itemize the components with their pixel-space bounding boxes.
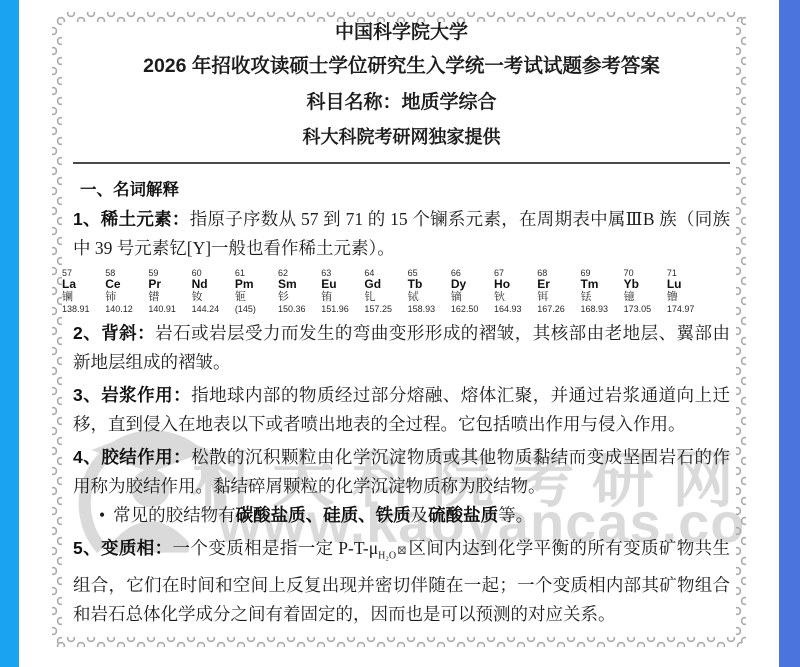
element-cell-Er: 68Er铒167.26 (537, 268, 580, 315)
element-mass: 173.05 (624, 304, 667, 315)
stamp-border-bottom (56, 637, 742, 647)
element-cn: 镱 (624, 291, 667, 304)
element-cn: 铈 (105, 291, 148, 304)
right-blue-bar (779, 0, 800, 667)
term-label-anticline: 2、背斜： (73, 323, 155, 343)
definition-anticline: 2、背斜：岩石或岩层受力而发生的弯曲变形形成的褶皱，其核部由老地层、翼部由新地层… (73, 319, 730, 377)
bullet-mid: 及 (411, 505, 429, 525)
element-cn: 镝 (451, 291, 494, 304)
element-mass: 140.91 (148, 304, 191, 315)
lanthanide-series-table: 57La镧138.9158Ce铈140.1259Pr镨140.9160Nd钕14… (62, 268, 710, 315)
university-title: 中国科学院大学 (73, 18, 730, 48)
section-title-terms: 一、名词解释 (73, 179, 730, 201)
element-cell-Sm: 62Sm钐150.36 (278, 268, 321, 315)
element-cell-La: 57La镧138.91 (62, 268, 105, 315)
element-sym: Yb (624, 278, 667, 291)
element-cn: 镨 (148, 291, 191, 304)
element-mass: 144.24 (192, 304, 235, 315)
element-cn: 铥 (580, 291, 623, 304)
element-mass: 167.26 (537, 304, 580, 315)
left-blue-bar (0, 0, 19, 667)
element-cn: 钷 (235, 291, 278, 304)
element-sym: Nd (192, 278, 235, 291)
element-mass: 174.97 (667, 304, 710, 315)
element-cell-Ce: 58Ce铈140.12 (105, 268, 148, 315)
broken-glyph-box: ⊠ (397, 543, 407, 557)
element-mass: 150.36 (278, 304, 321, 315)
element-sym: Eu (321, 278, 364, 291)
term-label-rare-earth: 1、稀土元素： (73, 209, 190, 229)
term-text-pre: 一个变质相是指一定 P-T-μ (173, 538, 379, 558)
element-sym: Sm (278, 278, 321, 291)
element-cn: 钆 (364, 291, 407, 304)
element-cell-Eu: 63Eu铕151.96 (321, 268, 364, 315)
provider-line: 科大科院考研网独家提供 (73, 121, 730, 154)
element-cn: 镥 (667, 291, 710, 304)
element-cell-Gd: 64Gd钆157.25 (364, 268, 407, 315)
element-cn: 钐 (278, 291, 321, 304)
element-mass: 157.25 (364, 304, 407, 315)
element-mass: 168.93 (580, 304, 623, 315)
mu-subscript: H₂O (378, 551, 396, 562)
subject-name-line: 科目名称：地质学综合 (73, 84, 730, 121)
element-mass: 151.96 (321, 304, 364, 315)
element-cell-Tm: 69Tm铥168.93 (580, 268, 623, 315)
term-label-magmatism: 3、岩浆作用： (73, 385, 191, 405)
element-sym: Pr (148, 278, 191, 291)
element-cell-Nd: 60Nd钕144.24 (192, 268, 235, 315)
element-mass: 158.93 (408, 304, 451, 315)
term-text-anticline: 岩石或岩层受力而发生的弯曲变形形成的褶皱，其核部由老地层、翼部由新地层组成的褶皱… (73, 323, 730, 372)
element-cell-Pr: 59Pr镨140.91 (148, 268, 191, 315)
element-sym: Tb (408, 278, 451, 291)
element-cell-Lu: 71Lu镥174.97 (667, 268, 710, 315)
element-mass: (145) (235, 304, 278, 315)
element-sym: Dy (451, 278, 494, 291)
element-sym: Ho (494, 278, 537, 291)
element-sym: Er (537, 278, 580, 291)
bullet-pre: 常见的胶结物有 (113, 505, 236, 525)
document-header: 中国科学院大学 2026 年招收攻读硕士学位研究生入学统一考试试题参考答案 科目… (73, 18, 730, 164)
definition-cementation: 4、胶结作用：松散的沉积颗粒由化学沉淀物质或其他物质黏结而变成坚固岩石的作用称为… (73, 443, 730, 501)
element-cell-Pm: 61Pm钷(145) (235, 268, 278, 315)
document-content: 中国科学院大学 2026 年招收攻读硕士学位研究生入学统一考试试题参考答案 科目… (52, 12, 746, 629)
definition-metamorphic-facies: 5、变质相：一个变质相是指一定 P-T-μH₂O⊠区间内达到化学平衡的所有变质矿… (73, 534, 730, 629)
definition-magmatism: 3、岩浆作用：指地球内部的物质经过部分熔融、熔体汇聚，并通过岩浆通道向上迁移，直… (73, 381, 730, 439)
element-cn: 铽 (408, 291, 451, 304)
bullet-dot: • (99, 505, 105, 525)
element-cn: 钬 (494, 291, 537, 304)
element-cn: 钕 (192, 291, 235, 304)
term-label-metamorphic-facies: 5、变质相： (73, 538, 173, 558)
element-mass: 162.50 (451, 304, 494, 315)
element-cell-Ho: 67Ho钬164.93 (494, 268, 537, 315)
element-sym: Gd (364, 278, 407, 291)
element-mass: 140.12 (105, 304, 148, 315)
element-cn: 镧 (62, 291, 105, 304)
element-cn: 铒 (537, 291, 580, 304)
exam-title: 2026 年招收攻读硕士学位研究生入学统一考试试题参考答案 (73, 48, 730, 84)
document-page: 科大科院考研网 www.kaoyancas.com 中国科学院大学 2026 年… (52, 12, 746, 647)
term-label-cementation: 4、胶结作用： (73, 447, 191, 467)
element-sym: Ce (105, 278, 148, 291)
element-sym: Tm (580, 278, 623, 291)
element-mass: 138.91 (62, 304, 105, 315)
element-sym: Pm (235, 278, 278, 291)
bullet-post: 等。 (498, 505, 533, 525)
element-cn: 铕 (321, 291, 364, 304)
element-mass: 164.93 (494, 304, 537, 315)
definition-rare-earth: 1、稀土元素：指原子序数从 57 到 71 的 15 个镧系元素，在周期表中属Ⅲ… (73, 205, 730, 263)
element-cell-Dy: 66Dy镝162.50 (451, 268, 494, 315)
element-sym: La (62, 278, 105, 291)
cement-type-sulfate: 硫酸盐质 (428, 505, 498, 525)
cement-type-carbonate: 碳酸盐质、硅质、铁质 (236, 505, 411, 525)
element-cell-Yb: 70Yb镱173.05 (624, 268, 667, 315)
cement-types-bullet: •常见的胶结物有碳酸盐质、硅质、铁质及硫酸盐质等。 (73, 501, 730, 530)
element-cell-Tb: 65Tb铽158.93 (408, 268, 451, 315)
header-divider (73, 162, 730, 164)
element-sym: Lu (667, 278, 710, 291)
